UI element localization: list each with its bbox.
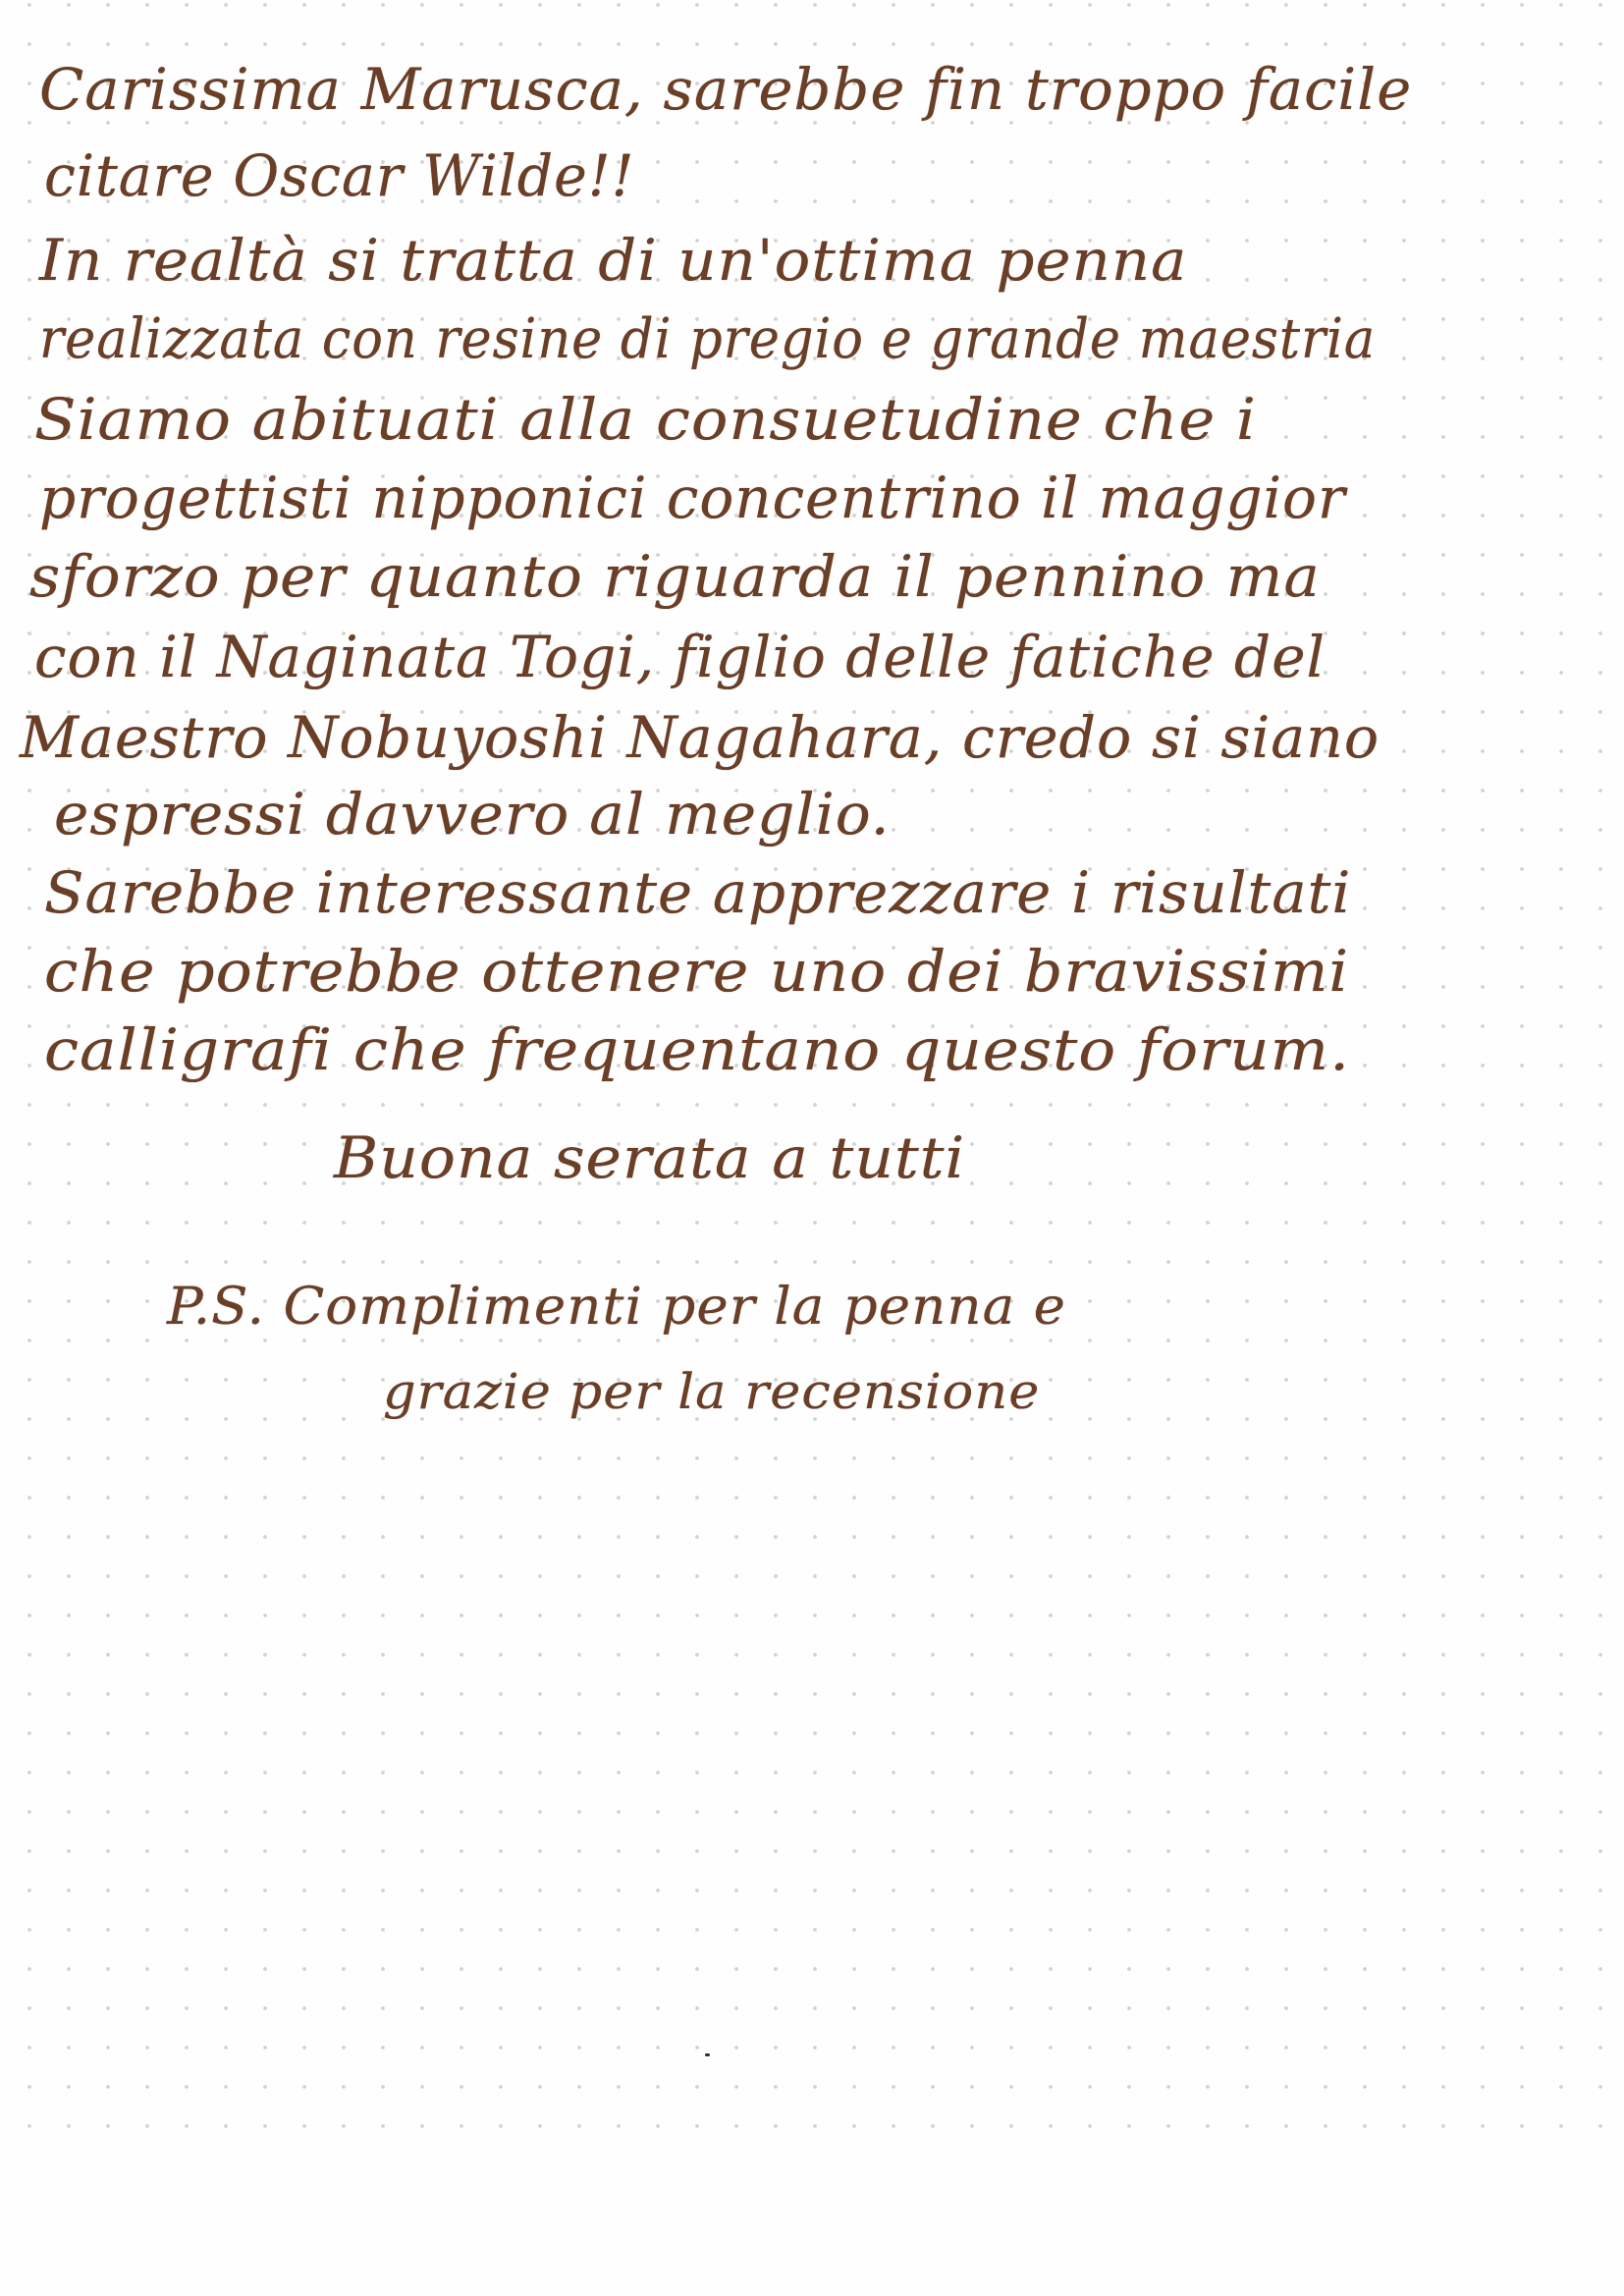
paper-page: Carissima Marusca, sarebbe fin troppo fa…: [0, 0, 1624, 2296]
letter-line: che potrebbe ottenere uno dei bravissimi: [44, 943, 1349, 1000]
letter-line: realizzata con resine di pregio e grande…: [39, 312, 1376, 367]
letter-line: con il Naginata Togi, figlio delle fatic…: [34, 629, 1326, 685]
letter-line: calligrafi che frequentano questo forum.: [44, 1021, 1350, 1078]
ink-speck: [705, 2053, 710, 2056]
letter-line-greeting: Carissima Marusca, sarebbe fin troppo fa…: [39, 61, 1412, 118]
letter-line: citare Oscar Wilde!!: [44, 147, 634, 204]
postscript-line: P.S. Complimenti per la penna e: [167, 1282, 1066, 1333]
handwritten-letter: Carissima Marusca, sarebbe fin troppo fa…: [0, 0, 1624, 2296]
letter-line: progettisti nipponici concentrino il mag…: [39, 469, 1346, 526]
postscript-line: grazie per la recensione: [383, 1367, 1040, 1416]
letter-closing: Buona serata a tutti: [334, 1129, 965, 1186]
letter-line: espressi davvero al meglio.: [54, 786, 891, 843]
letter-line: sforzo per quanto riguarda il pennino ma: [29, 548, 1321, 605]
letter-line: Maestro Nobuyoshi Nagahara, credo si sia…: [20, 709, 1380, 766]
letter-line: Sarebbe interessante apprezzare i risult…: [44, 864, 1351, 921]
letter-line: Siamo abituati alla consuetudine che i: [34, 391, 1257, 448]
letter-line: In realtà si tratta di un'ottima penna: [39, 232, 1188, 289]
